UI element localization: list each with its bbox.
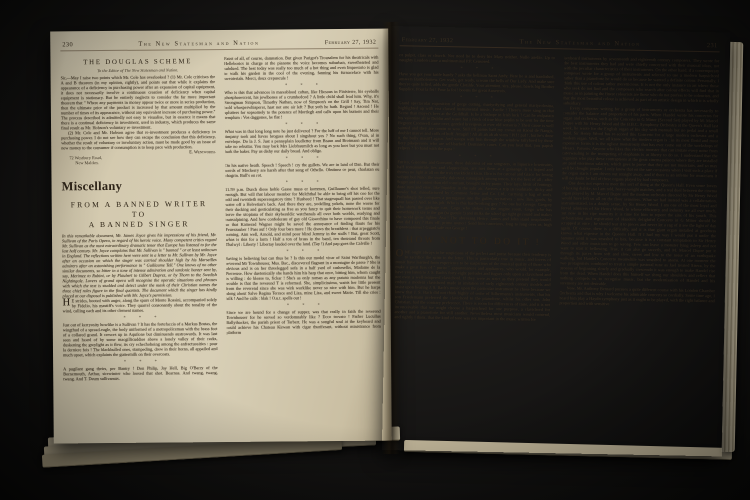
left-page-header: 230 The New Statesman and Nation Februar… <box>60 39 378 52</box>
text-column: keyboard instruments by seventeenth and … <box>557 55 719 420</box>
paragraph: In this remarkable document, Mr. James J… <box>62 232 217 298</box>
right-page-columns: or pulpit, class or church. Nor need he … <box>393 52 720 420</box>
left-page: 230 The New Statesman and Nation Februar… <box>50 29 392 444</box>
drop-cap: H <box>63 298 72 307</box>
paragraph: Just out of kerryosity howlike is a Sull… <box>63 321 218 357</box>
paragraph: Now, Mr. Anthony Bernard pursues a quite… <box>559 285 715 308</box>
section-separator: * * * <box>63 313 218 321</box>
paragraph: Have you got your knife handy ? asks the… <box>399 71 555 94</box>
article-title-line: A BANNED SINGER <box>62 219 217 230</box>
masthead: The New Statesman and Nation <box>138 40 259 48</box>
section-separator: * * * <box>224 81 379 89</box>
issue-date: February 27, 1932 <box>402 37 454 44</box>
masthead: The New Statesman and Nation <box>519 38 640 47</box>
right-page-content: February 27, 1932 The New Statesman and … <box>382 26 730 456</box>
paragraph: Enrico, Giacomo and Giovanni, three dulc… <box>396 159 553 232</box>
section-separator: * * * <box>63 357 218 365</box>
issue-date: February 27, 1932 <box>325 40 377 46</box>
paragraph: What was in that long long note he just … <box>225 128 380 154</box>
magazine-spread: 230 The New Statesman and Nation Februar… <box>42 10 742 486</box>
article-title-line: FROM A BANNED WRITER TO <box>62 199 217 220</box>
paragraph: Sir,—May I raise two points which Mr. Co… <box>61 74 216 130</box>
address: 72 Westbury Road,New Malden. <box>61 154 216 165</box>
paragraph: A pugilant gang theirs, per Bantry ! Don… <box>63 365 218 381</box>
page-number: 231 <box>707 42 718 49</box>
page-number: 230 <box>62 41 73 48</box>
right-page: February 27, 1932 The New Statesman and … <box>382 26 730 456</box>
paragraph: HE strides, booted with anger, along the… <box>63 297 218 313</box>
paragraph: Grand spectacular exposition of gorge cu… <box>398 100 554 153</box>
article-title: HOW NOT TO DO IT ! <box>396 235 552 248</box>
paragraph: Faust of all, of course, damnation. But … <box>224 55 379 81</box>
right-page-header: February 27, 1932 The New Statesman and … <box>400 36 720 52</box>
section-separator: * * * <box>225 178 380 186</box>
paragraph: Every composer writing for a group of in… <box>562 105 719 183</box>
section-title: Miscellany <box>61 178 216 194</box>
paragraph: Saving is believing but can thus be ? Is… <box>226 255 381 301</box>
drop-cap: O <box>396 249 405 258</box>
photo-background: 230 The New Statesman and Nation Februar… <box>0 0 750 500</box>
editor-salutation: To the Editor of The New Statesman and N… <box>61 67 216 73</box>
section-separator: * * * <box>226 247 381 255</box>
paragraph: On his native heath. Speech ! Speech ! c… <box>225 162 380 178</box>
paragraph: 11.59 p.m. Durch diese hohle Gasse muss … <box>225 186 380 247</box>
left-page-columns: THE DOUGLAS SCHEMETo the Editor of The N… <box>60 55 381 420</box>
paragraph: One does not expect to meet this sort of… <box>560 180 717 288</box>
text-column: or pulpit, class or church. Nor need he … <box>393 52 555 417</box>
section-separator: * * * <box>224 120 379 128</box>
paragraph: keyboard instruments by seventeenth and … <box>563 55 719 108</box>
paragraph: Who is this that advances in maresblood … <box>224 89 379 120</box>
paragraph: Since we are bound for a change of suppe… <box>226 309 381 335</box>
left-page-content: 230 The New Statesman and Nation Februar… <box>50 29 392 444</box>
section-separator: * * * <box>225 154 380 162</box>
address-line: New Malden. <box>69 159 216 165</box>
text-column: Faust of all, of course, damnation. But … <box>224 55 382 418</box>
article-title: FROM A BANNED WRITER TOA BANNED SINGER <box>62 199 217 230</box>
letter-title: THE DOUGLAS SCHEME <box>60 58 215 66</box>
section-separator: * * * <box>226 301 381 309</box>
paragraph: (2) Mr. Cole and Mr. Hobson agree that r… <box>61 129 216 150</box>
text-column: THE DOUGLAS SCHEMETo the Editor of The N… <box>60 56 218 419</box>
signature: E. Wentworth. <box>182 149 216 154</box>
paragraph: ONE ought always to be suspicious of the… <box>394 249 551 322</box>
